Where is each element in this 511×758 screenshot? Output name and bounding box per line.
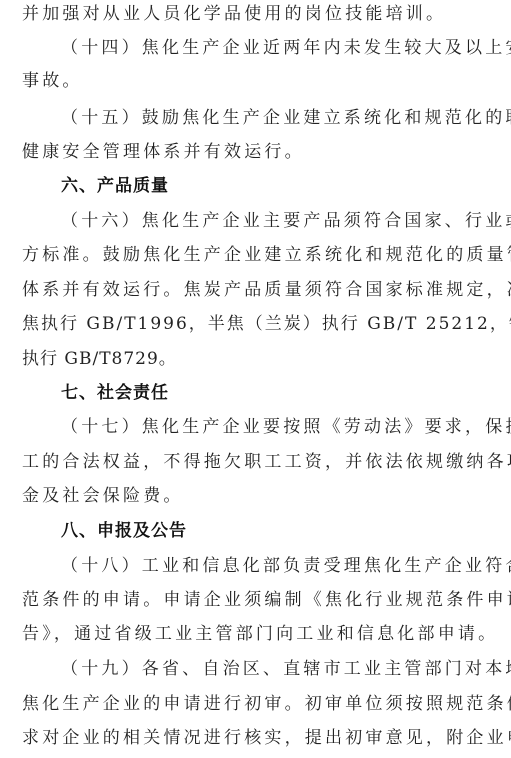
paragraph-line: 告》，通过省级工业主管部门向工业和信息化部申请。: [22, 622, 488, 646]
paragraph-line: 金及社会保险费。: [22, 484, 488, 508]
paragraph-line: 焦化生产企业的申请进行初审。初审单位须按照规范条件要: [22, 692, 488, 716]
paragraph-line: 健康安全管理体系并有效运行。: [22, 140, 488, 164]
paragraph-line: （十六）焦化生产企业主要产品须符合国家、行业或地: [61, 209, 488, 233]
paragraph-line: 求对企业的相关情况进行核实，提出初审意见，附企业申请: [22, 726, 488, 750]
paragraph-line: （十七）焦化生产企业要按照《劳动法》要求，保护职: [61, 415, 488, 439]
paragraph-line: 焦执行 GB/T1996，半焦（兰炭）执行 GB/T 25212，铸造焦: [22, 312, 488, 336]
paragraph-line: （十四）焦化生产企业近两年内未发生较大及以上安全: [61, 36, 488, 60]
paragraph-line: （十八）工业和信息化部负责受理焦化生产企业符合规: [61, 554, 488, 578]
paragraph-line: 范条件的申请。申请企业须编制《焦化行业规范条件申请报: [22, 588, 488, 612]
paragraph-line: 体系并有效运行。焦炭产品质量须符合国家标准规定，冶金: [22, 278, 488, 302]
paragraph-line: （十五）鼓励焦化生产企业建立系统化和规范化的职业: [61, 106, 488, 130]
section-heading: 八、申报及公告: [61, 519, 488, 543]
paragraph-line: 工的合法权益，不得拖欠职工工资，并依法依规缴纳各项税: [22, 450, 488, 474]
section-heading: 七、社会责任: [61, 381, 488, 405]
section-heading: 六、产品质量: [61, 174, 488, 198]
paragraph-line: 并加强对从业人员化学品使用的岗位技能培训。: [22, 2, 488, 26]
paragraph-line: （十九）各省、自治区、直辖市工业主管部门对本地区: [61, 657, 488, 681]
document-page: 并加强对从业人员化学品使用的岗位技能培训。 （十四）焦化生产企业近两年内未发生较…: [0, 0, 511, 758]
paragraph-line: 方标准。鼓励焦化生产企业建立系统化和规范化的质量管理: [22, 243, 488, 267]
paragraph-line: 事故。: [22, 69, 488, 93]
paragraph-line: 执行 GB/T8729。: [22, 347, 488, 371]
